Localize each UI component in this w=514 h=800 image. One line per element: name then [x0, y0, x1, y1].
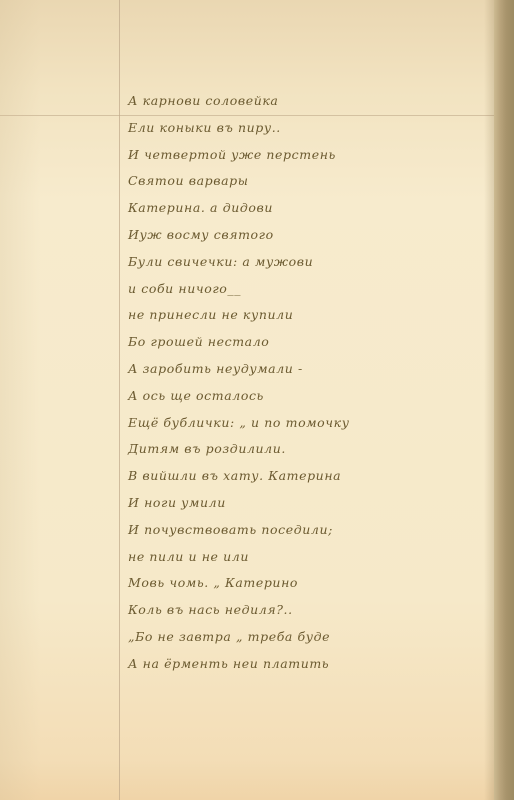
text-line: не принесли не купили	[128, 302, 458, 329]
text-line: и соби ничого__	[128, 276, 458, 303]
book-binding	[494, 0, 514, 800]
text-line: Ещё бублички: „ и по томочку	[128, 410, 458, 437]
text-line: Иуж восму святого	[128, 222, 458, 249]
text-line: И четвертой уже перстень	[128, 142, 458, 169]
text-line: А заробить неудумали -	[128, 356, 458, 383]
text-line: Коль въ нась недиля?..	[128, 597, 458, 624]
text-line: Ели коныки въ пиру..	[128, 115, 458, 142]
text-line: А на ёрменть неи платить	[128, 651, 458, 678]
page-edge-shadow	[484, 0, 494, 800]
text-line: И почувствовать поседили;	[128, 517, 458, 544]
text-line: Катерина. а дидови	[128, 195, 458, 222]
text-line: И ноги умили	[128, 490, 458, 517]
text-line: Були свичечки: а мужови	[128, 249, 458, 276]
text-line: Мовь чомь. „ Катерино	[128, 570, 458, 597]
text-line: не пили и не или	[128, 544, 458, 571]
manuscript-page: А карнови соловейка Ели коныки въ пиру..…	[0, 0, 494, 800]
text-line: Бо грошей нестало	[128, 329, 458, 356]
text-line: Святои варвары	[128, 168, 458, 195]
text-line: Дитям въ роздилили.	[128, 436, 458, 463]
text-line: В вийшли въ хату. Катерина	[128, 463, 458, 490]
text-line: А ось ще осталось	[128, 383, 458, 410]
text-line: „Бо не завтра „ треба буде	[128, 624, 458, 651]
text-line: А карнови соловейка	[128, 88, 458, 115]
handwritten-text: А карнови соловейка Ели коныки въ пиру..…	[128, 88, 458, 678]
margin-rule	[119, 0, 120, 800]
